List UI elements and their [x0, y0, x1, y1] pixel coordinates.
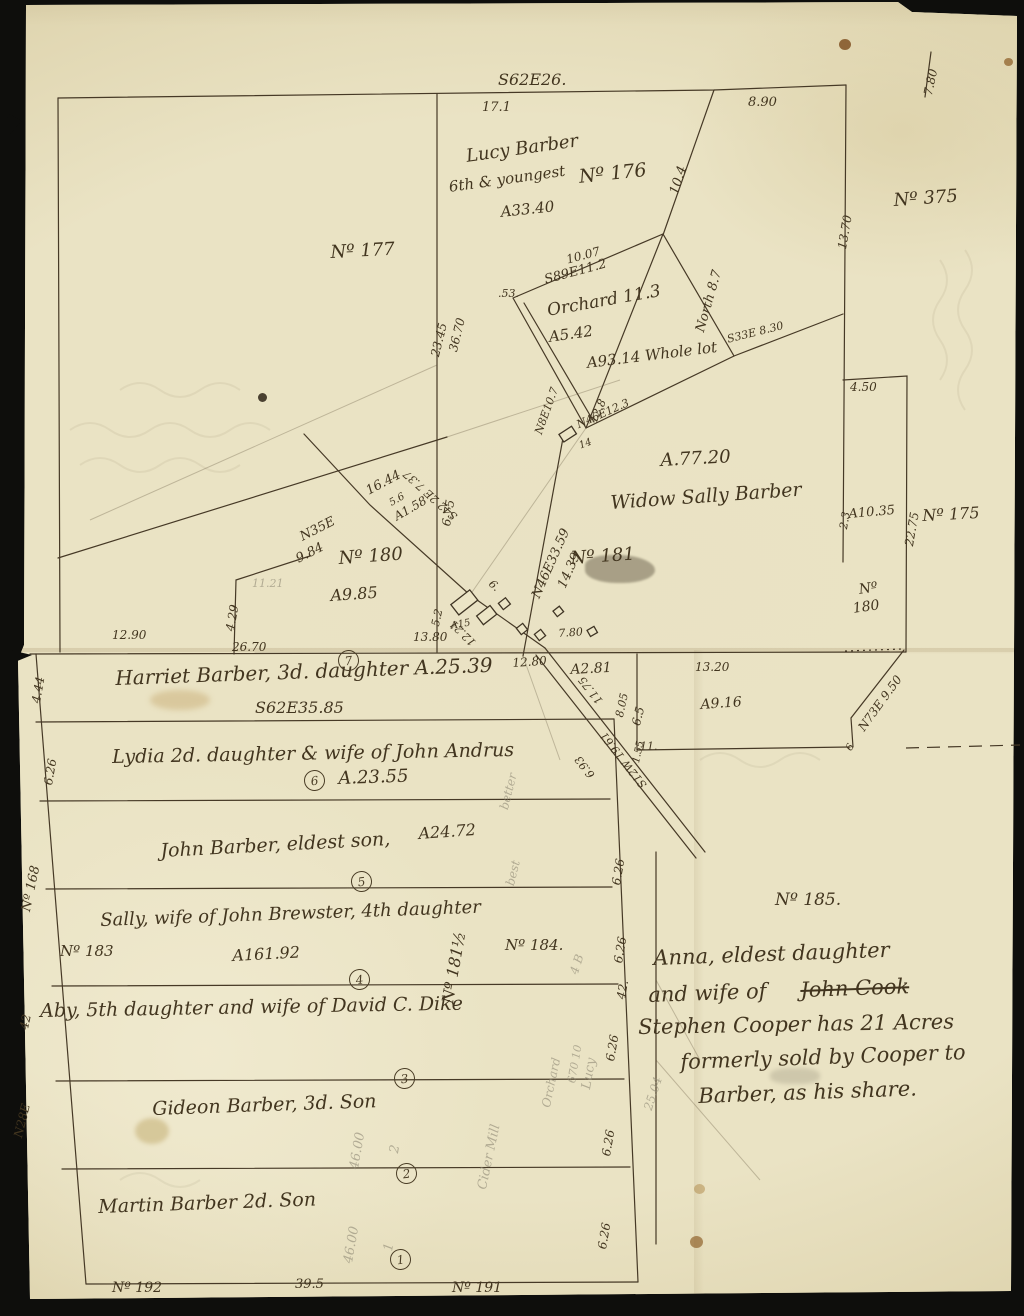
acreage-9-85: A9.85 [330, 585, 378, 604]
measure-11: 11. [640, 741, 658, 752]
lot-number-177: Nº 177 [330, 241, 395, 262]
anna-note-struck-name: John Cook [800, 976, 910, 1001]
bearing-top: S62E26. [498, 72, 566, 88]
lot-number-184: Nº 184. [505, 938, 563, 953]
lot-number-191: Nº 191 [452, 1281, 502, 1295]
acreage-10-35: A10.35 [848, 504, 896, 521]
paper-stain [150, 690, 210, 710]
lot-number-180-right-1: Nº [858, 580, 879, 596]
dashed-lines [845, 649, 1020, 748]
lot-number-185: Nº 185. [775, 892, 841, 909]
measure-7-80-mid: 7.80 [558, 626, 583, 639]
building-symbols [451, 426, 598, 640]
lot-number-192: Nº 192 [112, 1281, 162, 1295]
measure-42: 42. [615, 979, 630, 1000]
measure-4-50: 4.50 [850, 381, 877, 393]
measure-12-80: 12.80 [512, 655, 547, 669]
measure-17-1: 17.1 [482, 101, 511, 114]
measure-8-90: 8.90 [748, 96, 777, 109]
acreage-161-92: A161.92 [232, 944, 300, 964]
measure-13-80: 13.80 [413, 631, 447, 643]
lot-number-183: Nº 183 [60, 944, 114, 959]
lot-number-181: Nº 181 [570, 546, 635, 568]
measure-13-20: 13.20 [695, 661, 729, 673]
acreage-24-72: A24.72 [418, 822, 476, 842]
scanned-survey-map: S62E26. 17.1 8.90 7.80 Lucy Barber 6th &… [0, 0, 1024, 1316]
acreage-23-55: A.23.55 [338, 768, 409, 788]
acreage-9-16: A9.16 [700, 695, 742, 712]
anna-note-line2: and wife of [648, 981, 767, 1006]
acreage-77-20: A.77.20 [660, 448, 731, 470]
paper-stain [135, 1118, 169, 1144]
paper-spot [1004, 58, 1013, 66]
bearing-s62e-35-85: S62E35.85 [255, 700, 344, 716]
paper-spot [694, 1184, 705, 1194]
paper-spot [258, 393, 267, 402]
lot-number-180: Nº 180 [338, 546, 403, 568]
measure-5-2: 5.2 [430, 608, 444, 627]
measure-42-left: 42 [18, 1013, 33, 1030]
pencil-11-21: 11.21 [252, 578, 284, 589]
anna-note-line3: Stephen Cooper has 21 Acres [638, 1011, 954, 1038]
lot-number-180-right-2: 180 [852, 598, 880, 616]
lot-number-375: Nº 375 [893, 188, 958, 210]
measure-26-70: 26.70 [232, 641, 266, 653]
paper-spot [690, 1236, 703, 1248]
paper-spot [839, 39, 851, 50]
acreage-2-81: A2.81 [570, 661, 612, 677]
measure-53: .53. [498, 288, 519, 299]
lot-number-175: Nº 175 [922, 505, 980, 524]
measure-12-90: 12.90 [112, 629, 146, 641]
measure-39-5: 39.5 [295, 1278, 324, 1291]
